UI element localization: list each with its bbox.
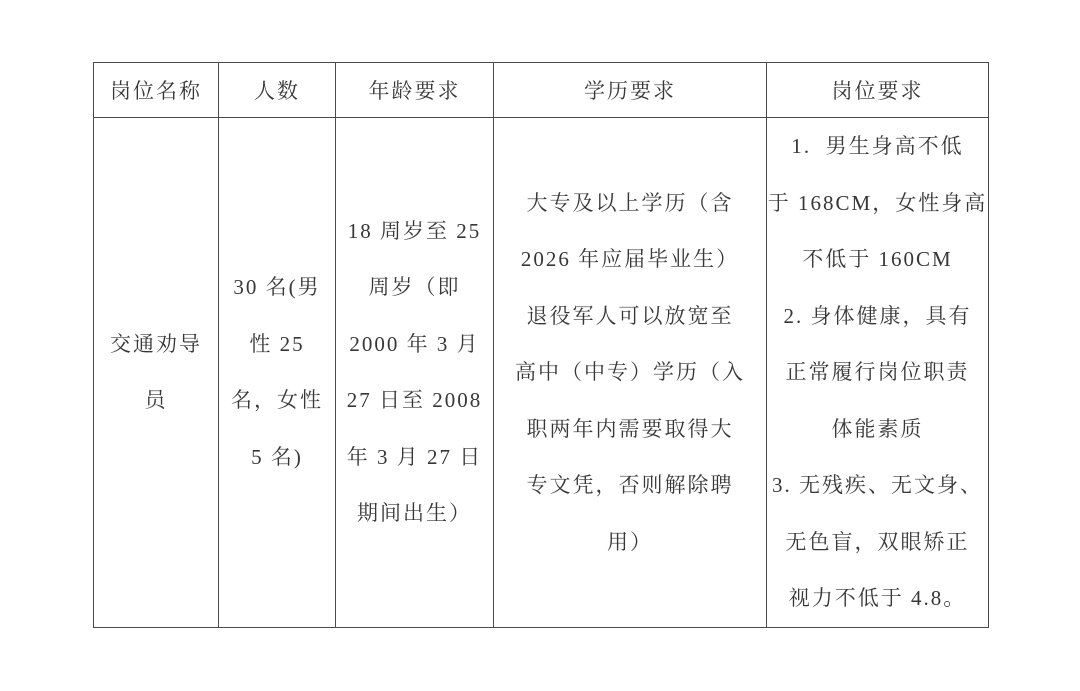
cell-headcount: 30 名(男 性 25 名，女性 5 名) (219, 118, 336, 628)
recruitment-table: 岗位名称 人数 年龄要求 学历要求 岗位要求 交通劝导 员 30 名(男 性 2… (93, 62, 989, 628)
cell-education-requirement: 大专及以上学历（含 2026 年应届毕业生） 退役军人可以放宽至 高中（中专）学… (494, 118, 767, 628)
header-cell-education: 学历要求 (494, 63, 767, 118)
recruitment-table-container: 岗位名称 人数 年龄要求 学历要求 岗位要求 交通劝导 员 30 名(男 性 2… (93, 62, 989, 628)
table-body: 交通劝导 员 30 名(男 性 25 名，女性 5 名) 18 周岁至 25 周… (94, 118, 989, 628)
table-header-row: 岗位名称 人数 年龄要求 学历要求 岗位要求 (94, 63, 989, 118)
cell-age-requirement: 18 周岁至 25 周岁（即 2000 年 3 月 27 日至 2008 年 3… (336, 118, 494, 628)
document-page: 岗位名称 人数 年龄要求 学历要求 岗位要求 交通劝导 员 30 名(男 性 2… (0, 0, 1080, 691)
header-cell-position: 岗位名称 (94, 63, 219, 118)
cell-position-requirement: 1. 男生身高不低 于 168CM，女性身高 不低于 160CM 2. 身体健康… (767, 118, 989, 628)
table-row: 交通劝导 员 30 名(男 性 25 名，女性 5 名) 18 周岁至 25 周… (94, 118, 989, 628)
header-cell-headcount: 人数 (219, 63, 336, 118)
cell-position-name: 交通劝导 员 (94, 118, 219, 628)
header-cell-requirements: 岗位要求 (767, 63, 989, 118)
header-cell-age: 年龄要求 (336, 63, 494, 118)
